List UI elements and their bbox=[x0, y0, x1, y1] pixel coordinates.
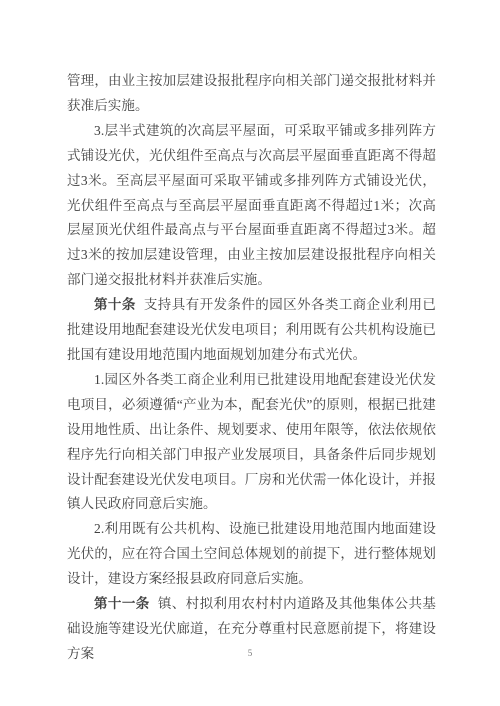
article-heading: 第十一条 bbox=[94, 596, 150, 611]
paragraph-text: 1.园区外各类工商企业利用已批建设用地配套建设光伏发电项目，必须遵循“产业为本，… bbox=[67, 372, 436, 512]
paragraph-text: 2.利用既有公共机构、设施已批建设用地范围内地面建设光伏的，应在符合国土空间总体… bbox=[67, 521, 436, 586]
document-page: 管理，由业主按加层建设报批程序向相关部门递交报批材料并获准后实施。3.层半式建筑… bbox=[0, 0, 500, 706]
paragraph: 管理，由业主按加层建设报批程序向相关部门递交报批材料并获准后实施。 bbox=[67, 69, 436, 119]
article-heading: 第十条 bbox=[94, 297, 136, 312]
paragraph: 3.层半式建筑的次高层平屋面，可采取平铺或多排列阵方式铺设光伏，光伏组件至高点与… bbox=[67, 119, 436, 293]
paragraph: 第十条支持具有开发条件的园区外各类工商企业利用已批建设用地配套建设光伏发电项目；… bbox=[67, 293, 436, 368]
paragraph: 2.利用既有公共机构、设施已批建设用地范围内地面建设光伏的，应在符合国土空间总体… bbox=[67, 517, 436, 592]
document-body: 管理，由业主按加层建设报批程序向相关部门递交报批材料并获准后实施。3.层半式建筑… bbox=[67, 69, 436, 667]
page-number: 5 bbox=[0, 648, 500, 658]
paragraph-text: 管理，由业主按加层建设报批程序向相关部门递交报批材料并获准后实施。 bbox=[67, 73, 436, 113]
paragraph-text: 3.层半式建筑的次高层平屋面，可采取平铺或多排列阵方式铺设光伏，光伏组件至高点与… bbox=[67, 123, 436, 287]
paragraph: 1.园区外各类工商企业利用已批建设用地配套建设光伏发电项目，必须遵循“产业为本，… bbox=[67, 368, 436, 517]
